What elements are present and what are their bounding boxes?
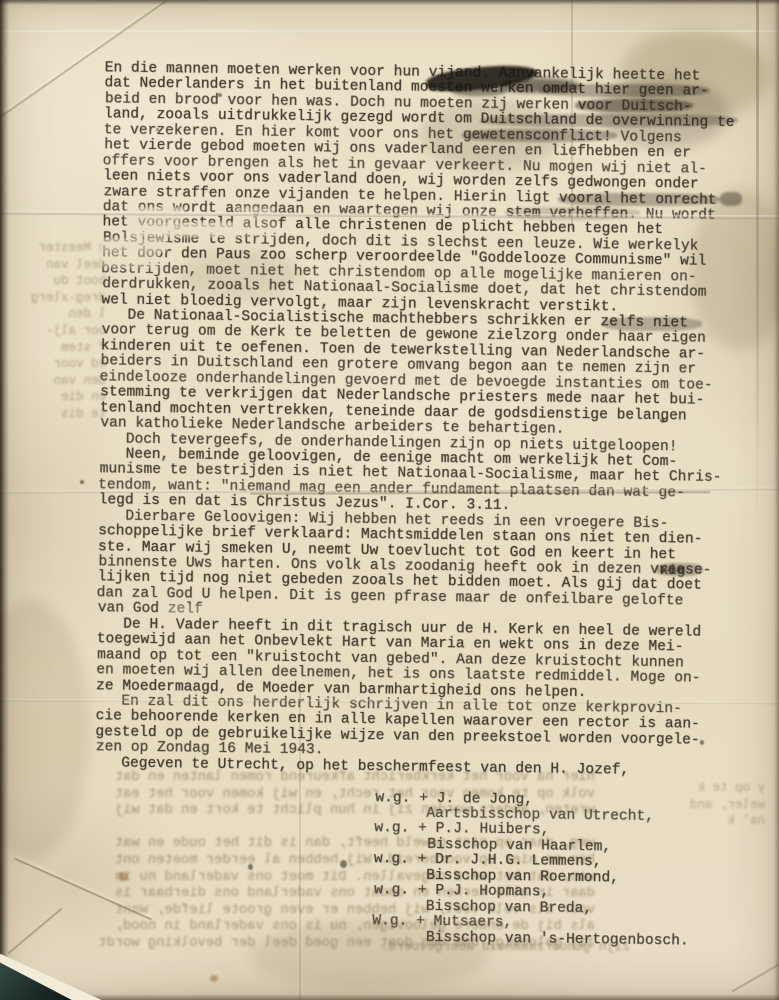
- strikeout-text: xig: [660, 563, 685, 579]
- scanned-letter-page: { "colors": { "paper": "#e9dfc5", "ink":…: [0, 0, 779, 1000]
- letter-body: En die mannen moeten werken voor hun vij…: [92, 61, 774, 950]
